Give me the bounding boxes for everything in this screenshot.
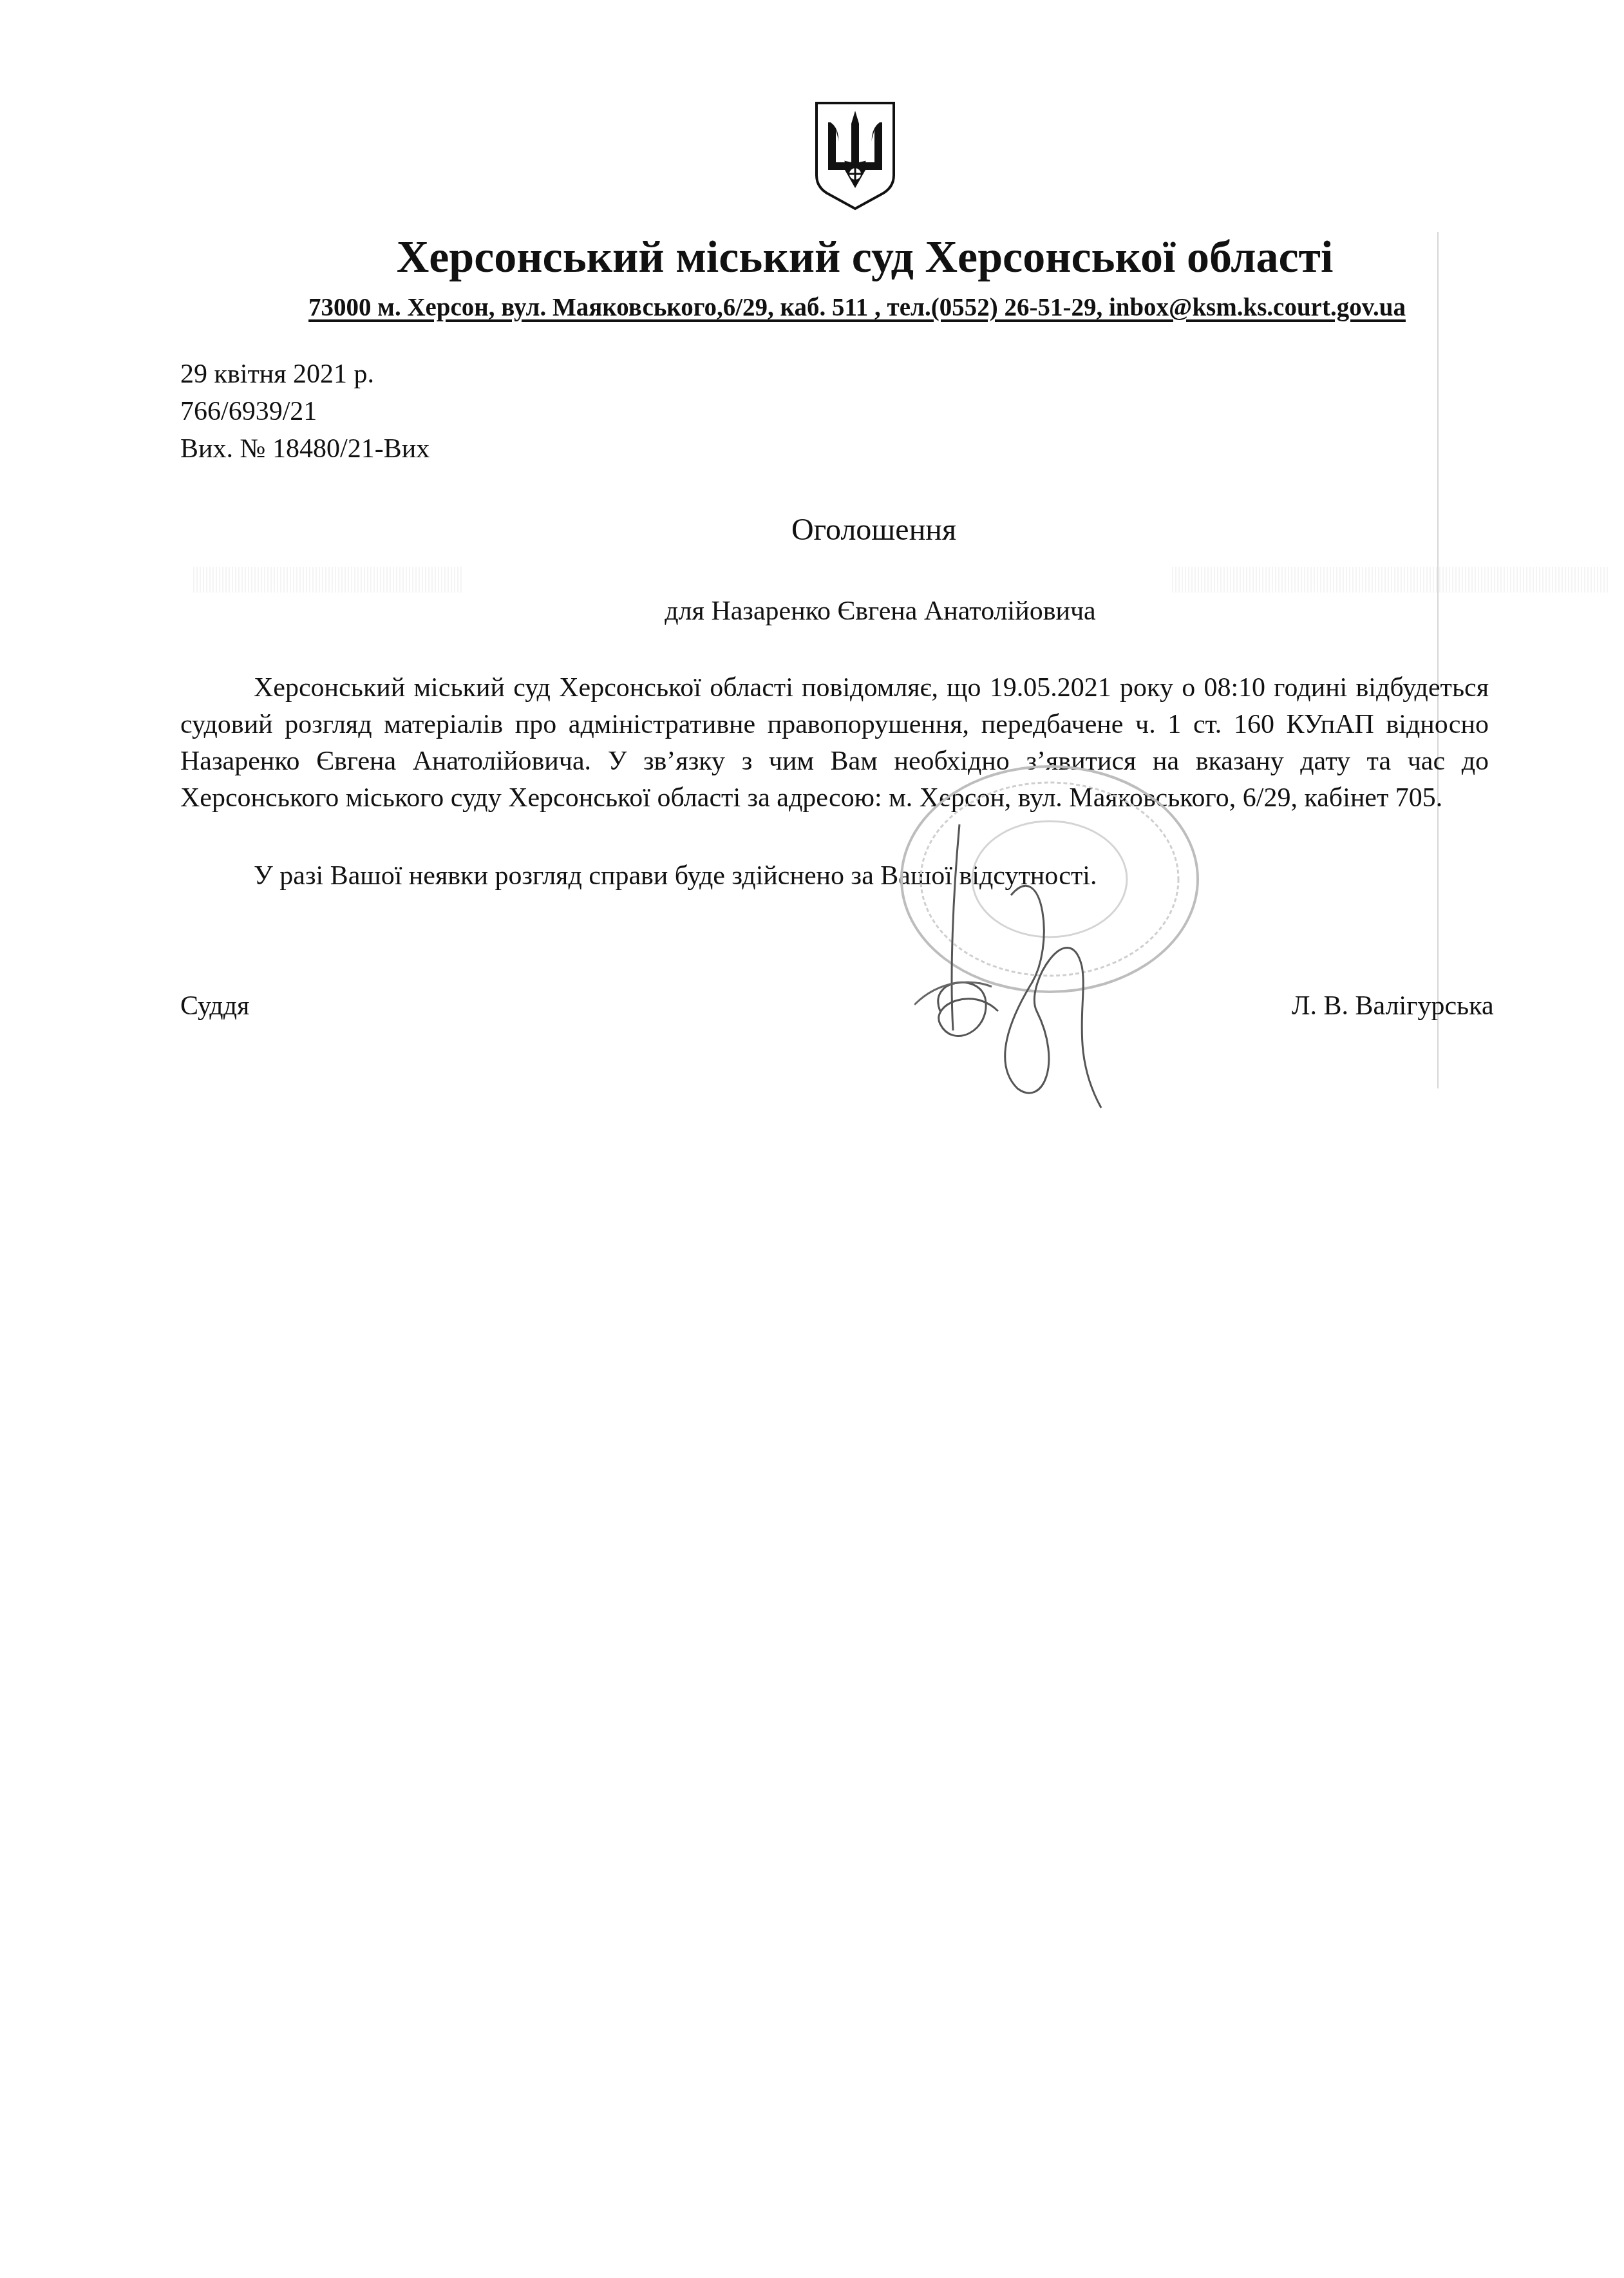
outgoing-number: Вих. № 18480/21-Вих — [180, 430, 430, 468]
scan-noise-band — [1172, 567, 1610, 593]
court-contact-details: 73000 м. Херсон, вул. Маяковського,6/29,… — [308, 294, 1406, 321]
coat-of-arms-icon — [810, 98, 900, 214]
scan-fold-line — [1437, 232, 1439, 1088]
notice-body-paragraph: Херсонський міський суд Херсонської обла… — [180, 670, 1489, 817]
scan-noise-band — [193, 567, 464, 593]
document-date: 29 квітня 2021 р. — [180, 356, 374, 393]
case-number: 766/6939/21 — [180, 393, 317, 430]
addressee-line: для Назаренко Євгена Анатолійовича — [68, 596, 1624, 627]
document-heading: Оголошення — [62, 512, 1624, 547]
signer-name: Л. В. Валігурська — [1292, 991, 1494, 1021]
signer-role: Суддя — [180, 991, 249, 1021]
court-address-line: 73000 м. Херсон, вул. Маяковського,6/29,… — [45, 293, 1624, 322]
handwritten-signature — [914, 818, 1120, 1114]
court-name-heading: Херсонський міський суд Херсонської обла… — [53, 232, 1624, 283]
